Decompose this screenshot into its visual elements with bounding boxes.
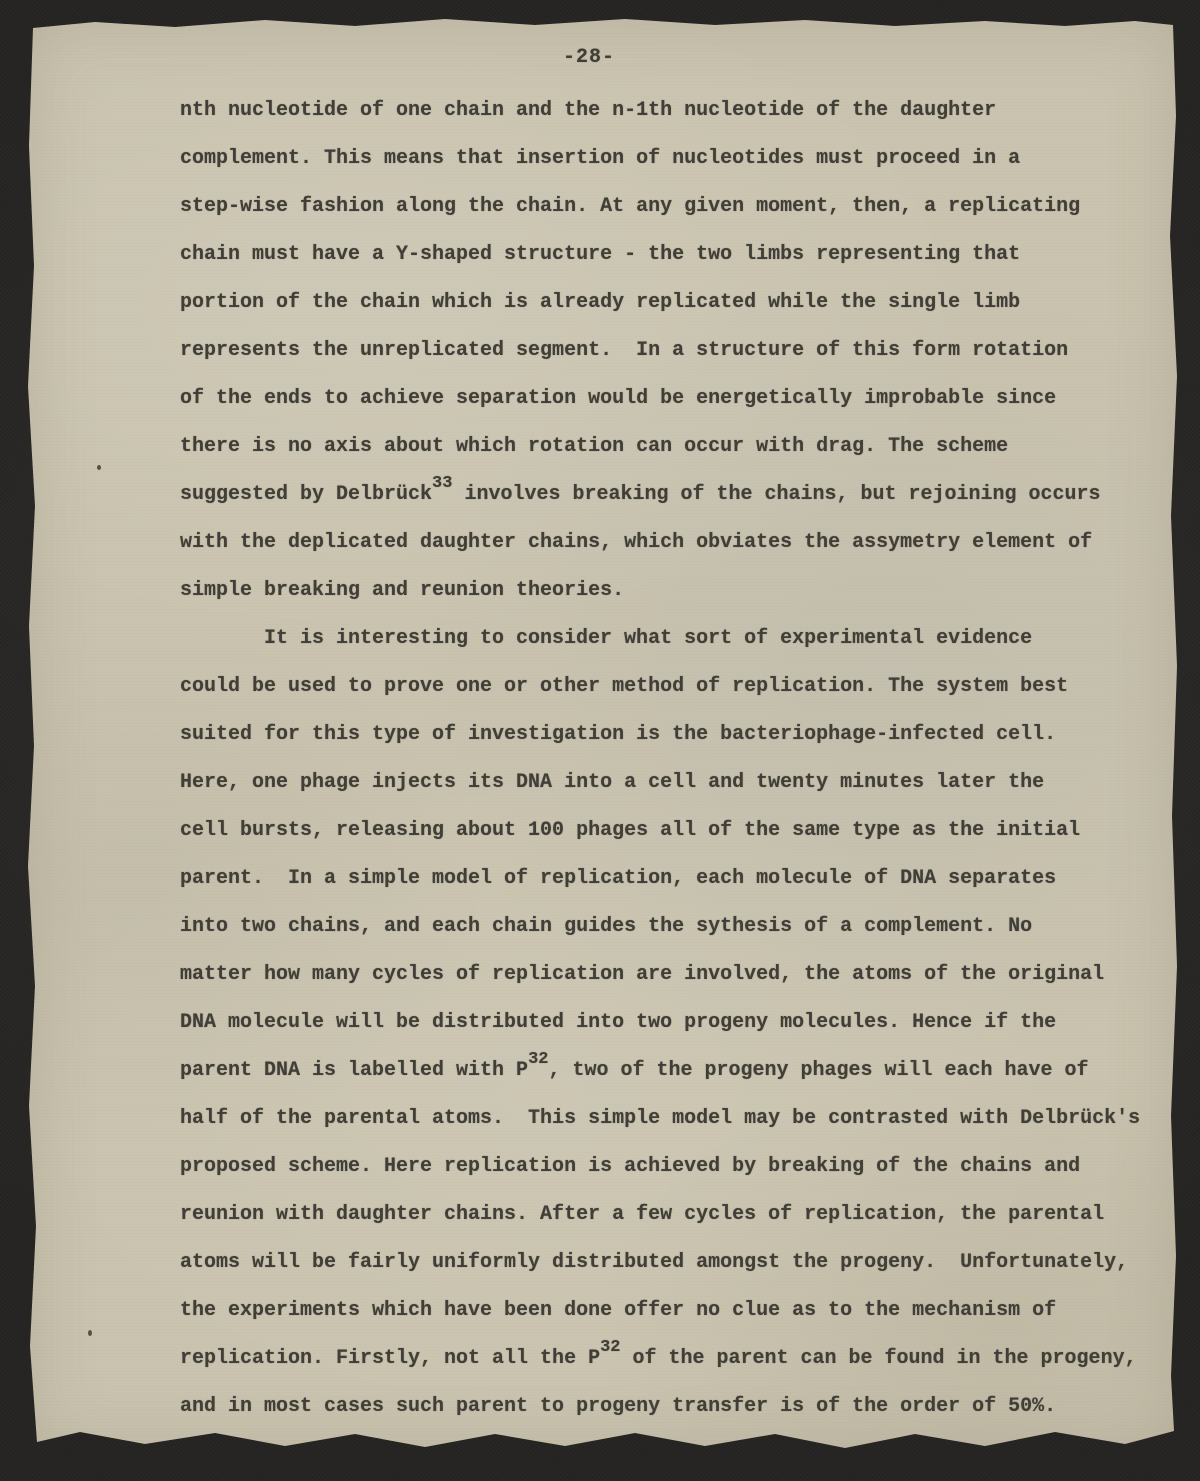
text-segment: suggested by Delbrück xyxy=(180,483,432,506)
text-segment: portion of the chain which is already re… xyxy=(180,291,1020,314)
text-segment: , two of the progeny phages will each ha… xyxy=(548,1059,1088,1082)
text-segment: could be used to prove one or other meth… xyxy=(180,675,1068,698)
text-segment: of the parent can be found in the progen… xyxy=(620,1347,1136,1370)
text-line: portion of the chain which is already re… xyxy=(180,279,1170,327)
text-segment: nth nucleotide of one chain and the n-1t… xyxy=(180,99,996,122)
text-segment: there is no axis about which rotation ca… xyxy=(180,435,1008,458)
text-segment: cell bursts, releasing about 100 phages … xyxy=(180,819,1080,842)
text-line: parent DNA is labelled with P32, two of … xyxy=(180,1047,1170,1095)
text-segment: It is interesting to consider what sort … xyxy=(264,627,1032,650)
text-segment: the experiments which have been done off… xyxy=(180,1299,1056,1322)
text-segment: step-wise fashion along the chain. At an… xyxy=(180,195,1080,218)
text-line: simple breaking and reunion theories. xyxy=(180,567,1170,615)
text-segment: simple breaking and reunion theories. xyxy=(180,579,624,602)
superscript-reference: 33 xyxy=(432,474,452,493)
text-segment: proposed scheme. Here replication is ach… xyxy=(180,1155,1080,1178)
text-segment: suited for this type of investigation is… xyxy=(180,723,1056,746)
text-line: atoms will be fairly uniformly distribut… xyxy=(180,1239,1170,1287)
text-segment: DNA molecule will be distributed into tw… xyxy=(180,1011,1056,1034)
text-line: It is interesting to consider what sort … xyxy=(180,615,1170,663)
text-segment: atoms will be fairly uniformly distribut… xyxy=(180,1251,1128,1274)
text-segment: chain must have a Y-shaped structure - t… xyxy=(180,243,1020,266)
text-line: proposed scheme. Here replication is ach… xyxy=(180,1143,1170,1191)
text-line: of the ends to achieve separation would … xyxy=(180,375,1170,423)
text-line: nth nucleotide of one chain and the n-1t… xyxy=(180,87,1170,135)
text-segment: represents the unreplicated segment. In … xyxy=(180,339,1068,362)
text-line: reunion with daughter chains. After a fe… xyxy=(180,1191,1170,1239)
text-segment: into two chains, and each chain guides t… xyxy=(180,915,1032,938)
text-segment: replication. Firstly, not all the P xyxy=(180,1347,600,1370)
text-segment: with the deplicated daughter chains, whi… xyxy=(180,531,1092,554)
text-segment: parent. In a simple model of replication… xyxy=(180,867,1056,890)
text-segment: of the ends to achieve separation would … xyxy=(180,387,1056,410)
text-segment: parent DNA is labelled with P xyxy=(180,1059,528,1082)
page-number: -28- xyxy=(563,46,615,69)
text-line: half of the parental atoms. This simple … xyxy=(180,1095,1170,1143)
text-segment: involves breaking of the chains, but rej… xyxy=(452,483,1100,506)
text-line: suited for this type of investigation is… xyxy=(180,711,1170,759)
text-line: the experiments which have been done off… xyxy=(180,1287,1170,1335)
superscript-reference: 32 xyxy=(600,1338,620,1357)
text-segment: Here, one phage injects its DNA into a c… xyxy=(180,771,1044,794)
paper-speck xyxy=(97,465,101,470)
paper-speck xyxy=(88,1330,92,1336)
text-segment: matter how many cycles of replication ar… xyxy=(180,963,1104,986)
text-line: cell bursts, releasing about 100 phages … xyxy=(180,807,1170,855)
text-segment: reunion with daughter chains. After a fe… xyxy=(180,1203,1104,1226)
text-line: there is no axis about which rotation ca… xyxy=(180,423,1170,471)
text-line: matter how many cycles of replication ar… xyxy=(180,951,1170,999)
paper-sheet: -28- nth nucleotide of one chain and the… xyxy=(25,16,1178,1456)
text-line: could be used to prove one or other meth… xyxy=(180,663,1170,711)
text-line: suggested by Delbrück33 involves breakin… xyxy=(180,471,1170,519)
text-line: complement. This means that insertion of… xyxy=(180,135,1170,183)
text-line: Here, one phage injects its DNA into a c… xyxy=(180,759,1170,807)
text-segment: and in most cases such parent to progeny… xyxy=(180,1395,1056,1418)
text-line: chain must have a Y-shaped structure - t… xyxy=(180,231,1170,279)
photo-background: -28- nth nucleotide of one chain and the… xyxy=(0,0,1200,1481)
text-line: represents the unreplicated segment. In … xyxy=(180,327,1170,375)
text-line: into two chains, and each chain guides t… xyxy=(180,903,1170,951)
superscript-reference: 32 xyxy=(528,1050,548,1069)
document-body: nth nucleotide of one chain and the n-1t… xyxy=(180,87,1170,1431)
text-segment: complement. This means that insertion of… xyxy=(180,147,1020,170)
text-line: DNA molecule will be distributed into tw… xyxy=(180,999,1170,1047)
text-line: parent. In a simple model of replication… xyxy=(180,855,1170,903)
text-segment: half of the parental atoms. This simple … xyxy=(180,1107,1140,1130)
text-line: replication. Firstly, not all the P32 of… xyxy=(180,1335,1170,1383)
text-line: with the deplicated daughter chains, whi… xyxy=(180,519,1170,567)
text-line: and in most cases such parent to progeny… xyxy=(180,1383,1170,1431)
text-line: step-wise fashion along the chain. At an… xyxy=(180,183,1170,231)
